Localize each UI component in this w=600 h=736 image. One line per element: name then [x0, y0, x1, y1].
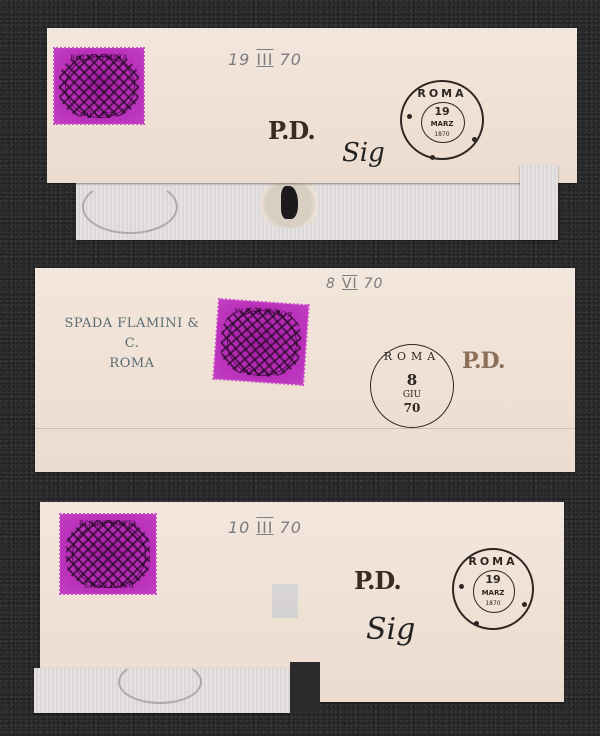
cover-3-torn-notch: [290, 662, 320, 712]
cover-3-stamp-value: DIECI CENT.: [60, 580, 156, 588]
cover-2-pencil-date: 8VI70: [326, 276, 383, 292]
cover-1-stamp-value: 10 Cent.: [54, 110, 144, 118]
cover-2-roma-postmark: ROMA 8 GIU 70: [370, 344, 454, 428]
cover-3-manuscript: Sig: [366, 612, 415, 647]
cover-3-blue-smudge: [272, 584, 298, 618]
cover-1-grid-cancel: [59, 54, 138, 118]
cover-3-grid-cancel: [66, 520, 151, 587]
cover-3-roma-postmark: ROMA 19 MARZ 1870: [452, 548, 534, 630]
cover-1-roma-postmark: ROMA 19 MARZ 1870: [400, 80, 484, 160]
cover-1-pencil-date: 19III70: [228, 50, 302, 69]
cover-1-stamp-inscription: BOLLO POSTA: [54, 54, 144, 62]
cover-1-stamp: BOLLO POSTA 10 Cent.: [54, 48, 144, 124]
cover-1-ghost-postmark: [82, 180, 178, 234]
cover-1-manuscript: Sig: [342, 138, 385, 168]
cover-3-pd-mark: P.D.: [354, 566, 401, 595]
cover-3-stamp: BOLLO POSTA DIECI CENT.: [60, 514, 156, 594]
cover-1-seal-hole: [256, 180, 322, 228]
cover-3-pencil-date: 10III70: [228, 518, 302, 537]
cover-2-sender-imprint: SPADA FLAMINI & C. ROMA: [62, 314, 202, 374]
cover-2-fold-line: [35, 428, 575, 429]
cover-3-ghost-postmark: [118, 660, 202, 704]
cover-2-stamp: BOLLO POSTA 10 Cent.: [213, 299, 308, 385]
cover-1-flap-right: [520, 165, 558, 240]
cover-1-pd-mark: P.D.: [268, 116, 315, 145]
cover-3-stamp-inscription: BOLLO POSTA: [60, 520, 156, 528]
cover-2-pd-mark: P.D.: [462, 348, 505, 374]
